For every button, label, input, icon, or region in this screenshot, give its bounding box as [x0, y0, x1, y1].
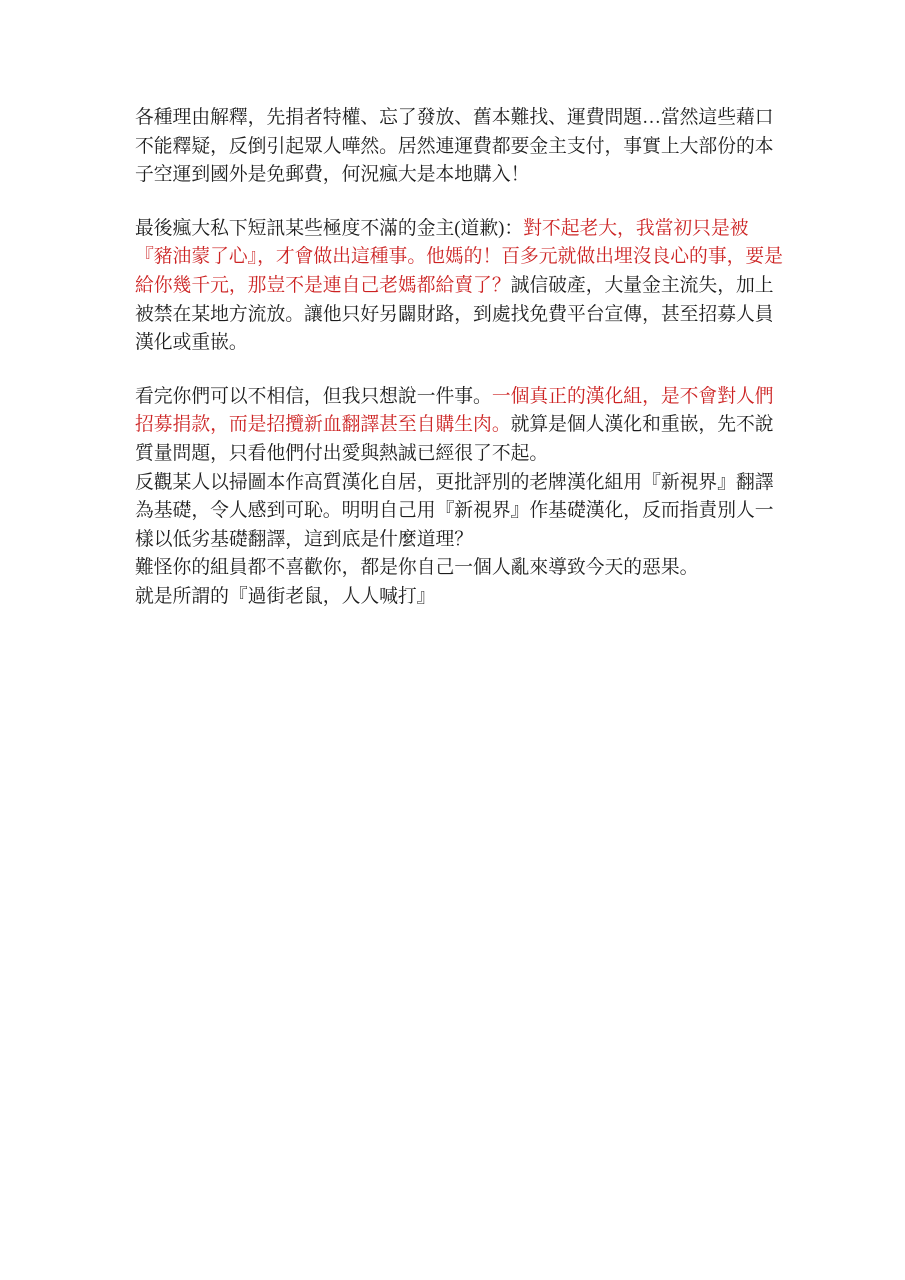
paragraph: 最後瘋大私下短訊某些極度不滿的金主(道歉)：對不起老大，我當初只是被『豬油蒙了心…: [135, 215, 855, 358]
text-run: 反觀某人以掃圖本作高質漢化自居，更批評別的老牌漢化組用『新視界』翻譯: [135, 472, 774, 493]
text-run: 就是所謂的『過街老鼠，人人喊打』: [135, 586, 436, 607]
text-line: 質量問題，只看他們付出愛與熱誠已經很了不起。: [135, 440, 855, 469]
text-line: 就是所謂的『過街老鼠，人人喊打』: [135, 583, 855, 612]
text-run: 為基礎，令人感到可恥。明明自己用『新視界』作基礎漢化，反而指責別人一: [135, 500, 774, 521]
text-line: 子空運到國外是免郵費，何況瘋大是本地購入！: [135, 161, 855, 190]
text-line: 各種理由解釋，先捐者特權、忘了發放、舊本難找、運費問題…當然這些藉口: [135, 104, 855, 133]
text-line: 被禁在某地方流放。讓他只好另闢財路，到處找免費平台宣傳，甚至招募人員: [135, 301, 855, 330]
highlighted-text-run: 『豬油蒙了心』，才會做出這種事。他媽的！百多元就做出埋沒良心的事，要是: [135, 246, 783, 267]
text-line: 漢化或重嵌。: [135, 329, 855, 358]
document-text: 各種理由解釋，先捐者特權、忘了發放、舊本難找、運費問題…當然這些藉口不能釋疑，反…: [135, 104, 855, 637]
text-run: 子空運到國外是免郵費，何況瘋大是本地購入！: [135, 164, 529, 185]
paragraph: 看完你們可以不相信，但我只想說一件事。一個真正的漢化組，是不會對人們招募捐款，而…: [135, 383, 855, 612]
text-line: 反觀某人以掃圖本作高質漢化自居，更批評別的老牌漢化組用『新視界』翻譯: [135, 469, 855, 498]
text-line: 看完你們可以不相信，但我只想說一件事。一個真正的漢化組，是不會對人們: [135, 383, 855, 412]
highlighted-text-run: 招募捐款，而是招攬新血翻譯甚至自購生肉。: [135, 414, 511, 435]
highlighted-text-run: 對不起老大，我當初只是被: [523, 218, 748, 239]
text-run: 漢化或重嵌。: [135, 332, 248, 353]
text-line: 難怪你的組員都不喜歡你，都是你自己一個人亂來導致今天的惡果。: [135, 554, 855, 583]
text-run: 難怪你的組員都不喜歡你，都是你自己一個人亂來導致今天的惡果。: [135, 557, 698, 578]
document-page: 各種理由解釋，先捐者特權、忘了發放、舊本難找、運費問題…當然這些藉口不能釋疑，反…: [0, 0, 905, 1280]
text-line: 招募捐款，而是招攬新血翻譯甚至自購生肉。就算是個人漢化和重嵌，先不說: [135, 411, 855, 440]
text-line: 最後瘋大私下短訊某些極度不滿的金主(道歉)：對不起老大，我當初只是被: [135, 215, 855, 244]
text-run: 樣以低劣基礎翻譯，這到底是什麼道理？: [135, 529, 473, 550]
text-run: 各種理由解釋，先捐者特權、忘了發放、舊本難找、運費問題…當然這些藉口: [135, 107, 774, 128]
text-line: 樣以低劣基礎翻譯，這到底是什麼道理？: [135, 526, 855, 555]
paragraph: 各種理由解釋，先捐者特權、忘了發放、舊本難找、運費問題…當然這些藉口不能釋疑，反…: [135, 104, 855, 190]
text-run: 最後瘋大私下短訊某些極度不滿的金主(道歉)：: [135, 218, 523, 239]
highlighted-text-run: 一個真正的漢化組，是不會對人們: [492, 386, 774, 407]
text-run: 就算是個人漢化和重嵌，先不說: [511, 414, 774, 435]
text-line: 為基礎，令人感到可恥。明明自己用『新視界』作基礎漢化，反而指責別人一: [135, 497, 855, 526]
text-run: 被禁在某地方流放。讓他只好另闢財路，到處找免費平台宣傳，甚至招募人員: [135, 304, 774, 325]
text-run: 質量問題，只看他們付出愛與熱誠已經很了不起。: [135, 443, 548, 464]
text-line: 『豬油蒙了心』，才會做出這種事。他媽的！百多元就做出埋沒良心的事，要是: [135, 243, 855, 272]
text-line: 不能釋疑，反倒引起眾人嘩然。居然連運費都要金主支付，事實上大部份的本: [135, 133, 855, 162]
text-line: 給你幾千元，那豈不是連自己老媽都給賣了？誠信破產，大量金主流失，加上: [135, 272, 855, 301]
highlighted-text-run: 給你幾千元，那豈不是連自己老媽都給賣了？: [135, 275, 511, 296]
text-run: 不能釋疑，反倒引起眾人嘩然。居然連運費都要金主支付，事實上大部份的本: [135, 136, 774, 157]
text-run: 誠信破產，大量金主流失，加上: [511, 275, 774, 296]
text-run: 看完你們可以不相信，但我只想說一件事。: [135, 386, 492, 407]
